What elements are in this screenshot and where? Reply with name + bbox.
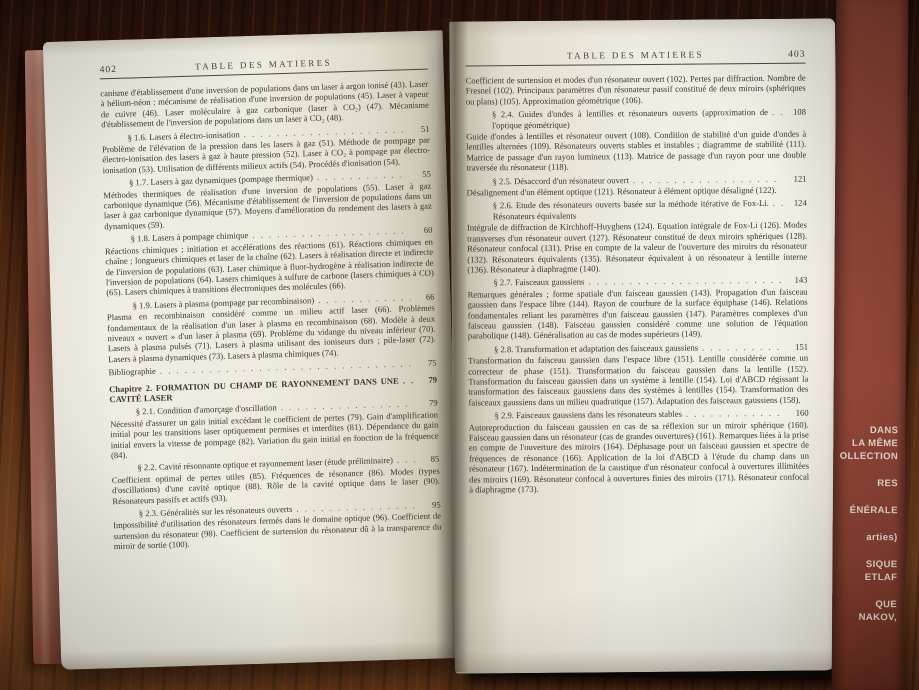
toc-entry-description: Autoreproduction du faisceau gaussien en… — [469, 419, 810, 495]
toc-entry-page-number: 79 — [417, 374, 437, 385]
left-page-header: 402 TABLE DES MATIERES — [99, 55, 427, 76]
dot-leader — [633, 173, 783, 185]
right-page-header: TABLE DES MATIERES 403 — [465, 49, 805, 63]
cover-text-line: NAKOV, — [839, 611, 898, 624]
cover-text-line: arties) — [839, 531, 898, 544]
toc-entry-page-number: 85 — [419, 454, 439, 465]
toc-section-entry: § 2.3. Généralités sur les résonateurs o… — [113, 500, 442, 552]
book-page-right: TABLE DES MATIERES 403 Coefficient de su… — [449, 18, 841, 673]
dot-leader — [772, 107, 782, 117]
toc-entry-heading: § 2.4. Guides d'ondes à lentilles et rés… — [466, 107, 806, 131]
dot-leader — [773, 198, 783, 208]
right-page-content: TABLE DES MATIERES 403 Coefficient de su… — [449, 18, 839, 495]
toc-entry-description: Guide d'ondes à lentilles et résonateur … — [466, 129, 806, 174]
cover-text-line: RES — [839, 477, 898, 490]
dot-leader — [397, 455, 416, 466]
toc-entry-page-number: 51 — [409, 123, 429, 134]
toc-section-entry: § 2.8. Transformation et adaptation des … — [468, 341, 809, 407]
toc-entry-page-number: 75 — [416, 358, 436, 369]
toc-entry-title: § 2.9. Faisceaux gaussiens dans les réso… — [495, 409, 682, 421]
toc-entry-title: § 2.8. Transformation et adaptation des … — [494, 342, 698, 354]
toc-entry-description: Intégrale de diffraction de Kirchhoff-Hu… — [467, 220, 807, 275]
toc-section-entry: § 2.6. Etude des résonateurs ouverts bas… — [467, 198, 808, 275]
toc-entry-page-number: 108 — [786, 107, 806, 118]
toc-section-entry: § 1.9. Lasers à plasma (pompage par reco… — [106, 291, 436, 364]
toc-entry-page-number: 95 — [421, 500, 441, 511]
toc-entry-page-number: 60 — [412, 225, 432, 236]
dot-leader — [686, 408, 785, 419]
toc-section-entry: § 2.4. Guides d'ondes à lentilles et rés… — [466, 107, 807, 173]
header-rule-right — [466, 63, 806, 67]
toc-entry-title: Bibliographie — [108, 366, 156, 378]
toc-section-entry: § 1.8. Lasers à pompage chimique60Réacti… — [105, 225, 435, 298]
toc-entry-page-number: 121 — [786, 173, 806, 184]
photo-scene: 402 TABLE DES MATIERES canisme d'établis… — [0, 0, 919, 690]
toc-entry-description: Remarques générales ; forme spatiale d'u… — [467, 286, 807, 341]
dot-leader — [588, 275, 783, 287]
toc-left-column: canisme d'établissement d'une inversion … — [100, 79, 442, 552]
cover-text-line: OLLECTION — [840, 450, 899, 463]
page-number-left: 402 — [99, 64, 145, 75]
toc-entry-description: Désalignement d'un élément optique (121)… — [467, 185, 807, 198]
toc-entry-description: Plasma en recombinaison considéré comme … — [107, 303, 436, 365]
toc-entry-page-number: 151 — [788, 341, 808, 352]
toc-entry-page-number: 124 — [787, 198, 807, 209]
toc-entry-title: § 2.5. Désaccord d'un résonateur ouvert — [493, 175, 629, 187]
toc-entry-page-number: 160 — [789, 408, 809, 419]
cover-text-block: DANSLA MÊMEOLLECTIONRESÉNÉRALEarties)SIQ… — [839, 424, 899, 624]
toc-section-entry: § 2.9. Faisceaux gaussiens dans les réso… — [469, 408, 810, 495]
back-cover-spine: DANSLA MÊMEOLLECTIONRESÉNÉRALEarties)SIQ… — [832, 0, 909, 690]
toc-section-entry: § 2.5. Désaccord d'un résonateur ouvert1… — [467, 173, 807, 198]
toc-entry-description: Méthodes thermiques de réalisation d'une… — [103, 180, 432, 231]
cover-text-line: DANS — [840, 424, 899, 437]
cover-text-line: QUE — [839, 598, 898, 611]
toc-entry-page-number: 143 — [787, 275, 807, 286]
left-page-content: 402 TABLE DES MATIERES canisme d'établis… — [43, 30, 458, 553]
page-number-right: 403 — [759, 50, 805, 60]
toc-section-entry: § 2.1. Condition d'amorçage d'oscillatio… — [110, 398, 439, 461]
toc-entry-heading: § 2.6. Etude des résonateurs ouverts bas… — [467, 198, 807, 222]
toc-right-column: Coefficient de surtension et modes d'un … — [466, 73, 810, 495]
toc-entry-description: Nécessité d'assurer un gain initial excé… — [110, 409, 439, 460]
toc-entry-title: § 2.6. Etude des résonateurs ouverts bas… — [493, 198, 769, 221]
toc-continuation-text: Coefficient de surtension et modes d'un … — [466, 73, 806, 107]
toc-section-entry: § 2.2. Cavité résonnante optique et rayo… — [111, 454, 440, 506]
cover-text-line: SIQUE — [839, 558, 898, 571]
toc-section-entry: § 1.6. Lasers à électro-ionisation51Prob… — [101, 123, 430, 175]
dot-leader — [403, 375, 413, 386]
toc-entry-page-number: 66 — [414, 291, 434, 302]
cover-text-line: ÉNÉRALE — [839, 504, 898, 517]
dot-leader — [702, 342, 784, 353]
toc-entry-title: § 2.7. Faisceaux gaussiens — [493, 277, 584, 288]
toc-entry-page-number: 79 — [418, 398, 438, 409]
toc-section-entry: § 2.7. Faisceaux gaussiens143Remarques g… — [467, 275, 808, 341]
toc-continuation-text: canisme d'établissement d'une inversion … — [100, 79, 429, 130]
toc-entry-title: § 2.4. Guides d'ondes à lentilles et rés… — [492, 107, 768, 130]
book-page-left: 402 TABLE DES MATIERES canisme d'établis… — [43, 30, 461, 670]
header-spacer-left — [382, 63, 428, 64]
toc-section-entry: § 1.7. Lasers à gaz dynamiques (pompage … — [103, 169, 432, 232]
running-head-right: TABLE DES MATIERES — [511, 49, 759, 61]
cover-text-line: LA MÊME — [840, 437, 899, 450]
toc-entry-description: Transformation du faisceau gaussien dans… — [468, 353, 808, 408]
toc-entry-page-number: 55 — [411, 169, 431, 180]
toc-entry-description: Réactions chimiques ; initiation et accé… — [105, 236, 434, 298]
cover-text-line: ETLAF — [839, 571, 898, 584]
